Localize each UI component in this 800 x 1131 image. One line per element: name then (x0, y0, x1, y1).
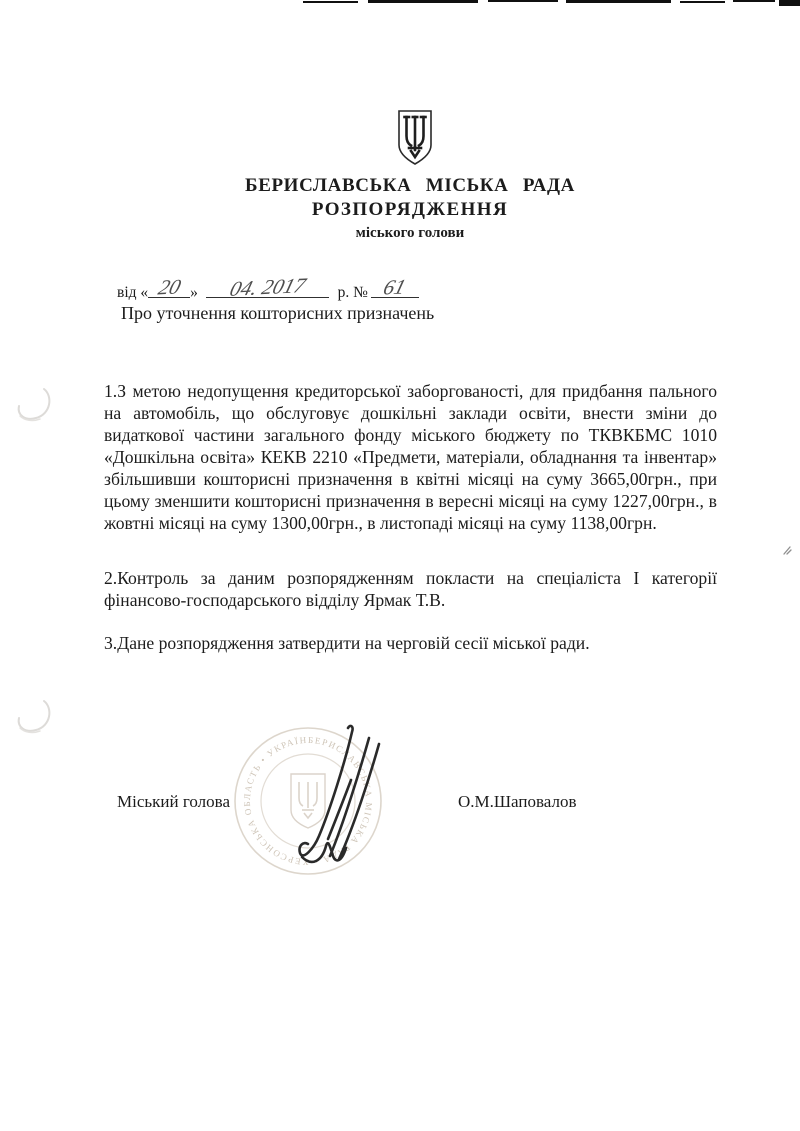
signer-name: О.М.Шаповалов (458, 792, 576, 812)
month-year-blank: 04. 2017 (206, 278, 329, 298)
scanned-document-page: БЕРИСЛАВСЬКА МІСЬКА РАДА РОЗПОРЯДЖЕННЯ м… (0, 0, 800, 1131)
day-blank: 20 (148, 278, 190, 298)
ukraine-trident-icon (395, 108, 435, 168)
number-blank: 61 (371, 278, 419, 298)
organization-name: БЕРИСЛАВСЬКА МІСЬКА РАДА (20, 175, 800, 196)
quote-open: « (140, 284, 148, 302)
quote-close: » (190, 284, 198, 302)
number-prefix: р. № (338, 284, 368, 302)
scan-dash (488, 0, 558, 2)
handwritten-signature (242, 718, 407, 873)
handwritten-number: 61 (381, 274, 409, 300)
document-author: міського голови (20, 225, 800, 242)
page-curl-mark (14, 698, 54, 740)
subject-line: Про уточнення кошторисних призначень (121, 303, 434, 324)
paragraph-1: 1.З метою недопущення кредиторської забо… (104, 380, 717, 534)
scan-corner-mark (779, 0, 800, 6)
signer-title: Міський голова (117, 792, 230, 812)
document-header: БЕРИСЛАВСЬКА МІСЬКА РАДА РОЗПОРЯДЖЕННЯ м… (20, 175, 800, 241)
scan-dash (680, 1, 725, 3)
document-type: РОЗПОРЯДЖЕННЯ (20, 199, 800, 220)
scan-speck (783, 546, 793, 556)
date-number-line: від «20» 04. 2017 р. №61 (117, 278, 419, 304)
scan-dash (303, 1, 358, 3)
page-curl-mark (14, 386, 54, 428)
paragraph-2: 2.Контроль за даним розпорядженням покла… (104, 567, 717, 611)
paragraph-3: 3.Дане розпорядження затвердити на черго… (104, 632, 717, 654)
scan-dash (368, 0, 478, 3)
handwritten-month-year: 04. 2017 (227, 273, 308, 302)
handwritten-day: 20 (155, 274, 183, 300)
scan-dash (733, 0, 775, 2)
scan-dash (566, 0, 671, 3)
date-prefix: від (117, 284, 137, 302)
